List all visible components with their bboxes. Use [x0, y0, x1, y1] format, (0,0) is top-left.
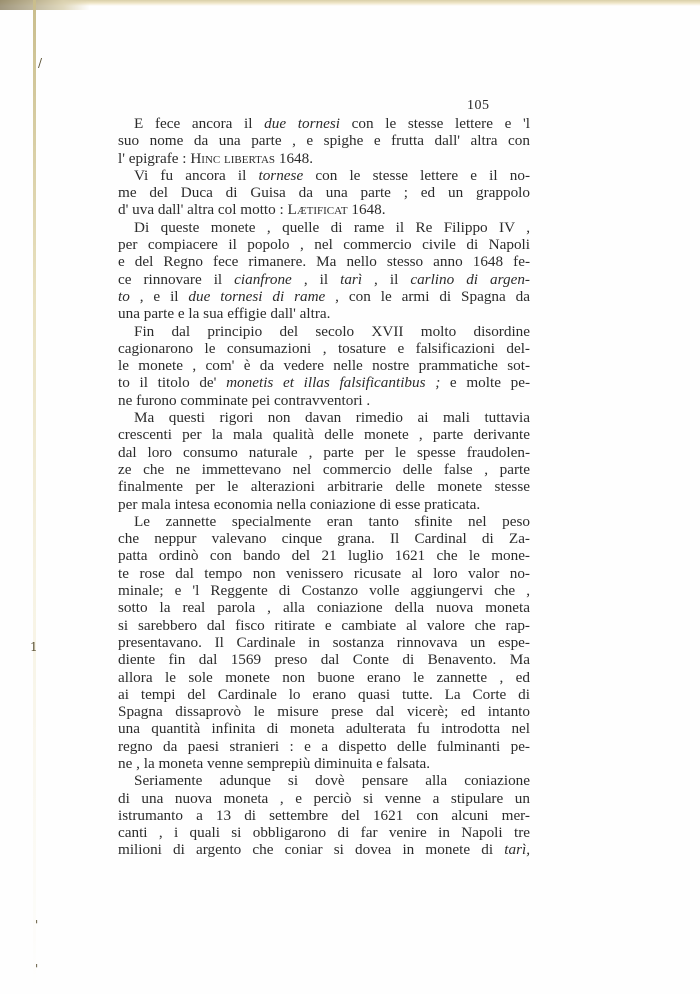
text-line: si sarebbero dal fisco ritirate e cambia…	[118, 617, 530, 634]
text-run: Di queste monete , quelle di rame il Re …	[134, 219, 530, 236]
text-run: , e il	[130, 288, 189, 305]
text-line: finalmente per le alterazioni arbitrarie…	[118, 478, 530, 495]
text-line: sotto la real parola , alla coniazione d…	[118, 599, 530, 616]
text-line: to il titolo de' monetis et illas falsif…	[118, 374, 530, 391]
text-line: presentavano. Il Cardinale in sostanza r…	[118, 634, 530, 651]
text-line: Di queste monete , quelle di rame il Re …	[118, 219, 530, 236]
small-caps-inscription: Lætificat	[288, 201, 348, 218]
text-line: una quantità infinita di moneta adultera…	[118, 720, 530, 737]
text-run: Vi fu ancora il	[134, 167, 258, 184]
text-run: me del Duca di Guisa da una parte ; ed u…	[118, 184, 530, 201]
text-run: Ma questi rigori non davan rimedio ai ma…	[134, 409, 530, 426]
text-line: dal loro consumo naturale , parte per le…	[118, 444, 530, 461]
text-run: Le zannette specialmente eran tanto sfin…	[134, 513, 530, 530]
text-run: patta ordinò con bando del 21 luglio 162…	[118, 547, 530, 564]
italic-term: due tornesi di rame	[188, 288, 325, 305]
text-line: Ma questi rigori non davan rimedio ai ma…	[118, 409, 530, 426]
text-run: crescenti per la mala qualità delle mone…	[118, 426, 530, 443]
text-line: regno da paesi stranieri : e a dispetto …	[118, 738, 530, 755]
text-line: ze che ne immettevano nel commercio dell…	[118, 461, 530, 478]
text-run: le monete , com' è da vedere nelle nostr…	[118, 357, 530, 374]
text-run: canti , i quali si obbligarono di far ve…	[118, 824, 530, 841]
text-line: to , e il due tornesi di rame , con le a…	[118, 288, 530, 305]
text-line: che neppur valevano cinque grana. Il Car…	[118, 530, 530, 547]
text-run: diente fin dal 1569 preso dal Conte di B…	[118, 651, 530, 668]
page-corner-shadow	[0, 0, 90, 10]
text-run: allora le sole monete non buone erano le…	[118, 669, 530, 686]
text-line: Le zannette specialmente eran tanto sfin…	[118, 513, 530, 530]
text-run: E fece ancora il	[134, 115, 264, 132]
text-run: minale; e 'l Reggente di Costanzo volle …	[118, 582, 530, 599]
text-run: Spagna dissaprovò le misure prese dal vi…	[118, 703, 530, 720]
text-run: ne , la moneta venne semprepiù diminuita…	[118, 755, 430, 772]
text-line: e del Regno fece rimanere. Ma nello stes…	[118, 253, 530, 270]
text-line: Spagna dissaprovò le misure prese dal vi…	[118, 703, 530, 720]
text-run: ai tempi del Cardinale lo erano quasi tu…	[118, 686, 530, 703]
text-line: ce rinnovare il cianfrone , il tarì , il…	[118, 271, 530, 288]
text-run: finalmente per le alterazioni arbitrarie…	[118, 478, 530, 495]
text-run: , il	[292, 271, 340, 288]
text-run: con le stesse lettere e il no-	[303, 167, 530, 184]
text-line: d' uva dall' altra col motto : Lætificat…	[118, 201, 530, 218]
text-line: crescenti per la mala qualità delle mone…	[118, 426, 530, 443]
text-line: canti , i quali si obbligarono di far ve…	[118, 824, 530, 841]
text-line: le monete , com' è da vedere nelle nostr…	[118, 357, 530, 374]
text-run: e del Regno fece rimanere. Ma nello stes…	[118, 253, 530, 270]
text-run: presentavano. Il Cardinale in sostanza r…	[118, 634, 530, 651]
italic-term: to	[118, 288, 130, 305]
text-run: 1648.	[348, 201, 386, 218]
text-run: Fin dal principio del secolo XVII molto …	[134, 323, 530, 340]
text-line: una parte e la sua effigie dall' altra.	[118, 305, 530, 322]
text-run: si sarebbero dal fisco ritirate e cambia…	[118, 617, 530, 634]
binding-gutter	[33, 0, 36, 994]
text-run: con le stesse lettere e 'l	[340, 115, 530, 132]
text-line: l' epigrafe : Hinc libertas 1648.	[118, 150, 530, 167]
text-line: ai tempi del Cardinale lo erano quasi tu…	[118, 686, 530, 703]
text-run: sotto la real parola , alla coniazione d…	[118, 599, 530, 616]
text-run: una quantità infinita di moneta adultera…	[118, 720, 530, 737]
italic-term: tarì	[340, 271, 362, 288]
italic-term: tornese	[258, 167, 303, 184]
text-run: cagionarono le consumazioni , tosature e…	[118, 340, 530, 357]
italic-term: carlino di argen-	[410, 271, 530, 288]
text-line: diente fin dal 1569 preso dal Conte di B…	[118, 651, 530, 668]
text-line: E fece ancora il due tornesi con le stes…	[118, 115, 530, 132]
text-run: , il	[362, 271, 410, 288]
italic-term: monetis et illas falsificantibus ;	[226, 374, 440, 391]
body-text: E fece ancora il due tornesi con le stes…	[118, 115, 530, 859]
gutter-mark: '	[35, 918, 38, 932]
text-run: per mala intesa economia nella coniazion…	[118, 496, 480, 513]
gutter-mark: '	[35, 962, 38, 976]
text-run: 1648.	[275, 150, 313, 167]
text-run: e molte pe-	[440, 374, 530, 391]
text-run: te rose dal tempo non venissero ricusate…	[118, 565, 530, 582]
text-line: di una nuova moneta , e perciò si venne …	[118, 790, 530, 807]
page-number: 105	[467, 98, 490, 114]
text-line: suo nome da una parte , e spighe e frutt…	[118, 132, 530, 149]
text-run: ce rinnovare il	[118, 271, 234, 288]
text-run: istrumanto a 13 di settembre del 1621 co…	[118, 807, 530, 824]
text-run: di una nuova moneta , e perciò si venne …	[118, 790, 530, 807]
text-run: , con le armi di Spagna da	[325, 288, 530, 305]
text-line: me del Duca di Guisa da una parte ; ed u…	[118, 184, 530, 201]
text-line: Vi fu ancora il tornese con le stesse le…	[118, 167, 530, 184]
text-run: l' epigrafe :	[118, 150, 190, 167]
text-line: per mala intesa economia nella coniazion…	[118, 496, 530, 513]
text-line: milioni di argento che coniar si dovea i…	[118, 841, 530, 858]
italic-term: tarì,	[504, 841, 530, 858]
text-line: allora le sole monete non buone erano le…	[118, 669, 530, 686]
text-line: ne , la moneta venne semprepiù diminuita…	[118, 755, 530, 772]
text-line: istrumanto a 13 di settembre del 1621 co…	[118, 807, 530, 824]
text-run: milioni di argento che coniar si dovea i…	[118, 841, 504, 858]
text-run: che neppur valevano cinque grana. Il Car…	[118, 530, 530, 547]
text-line: Seriamente adunque si dovè pensare alla …	[118, 772, 530, 789]
text-run: to il titolo de'	[118, 374, 226, 391]
text-run: d' uva dall' altra col motto :	[118, 201, 288, 218]
text-line: per compiacere il popolo , nel commercio…	[118, 236, 530, 253]
gutter-mark: 1	[30, 640, 38, 654]
text-run: ze che ne immettevano nel commercio dell…	[118, 461, 530, 478]
text-run: ne furono comminate pei contravventori .	[118, 392, 370, 409]
small-caps-inscription: Hinc libertas	[190, 150, 275, 167]
gutter-mark: /	[38, 56, 42, 70]
text-line: Fin dal principio del secolo XVII molto …	[118, 323, 530, 340]
text-run: una parte e la sua effigie dall' altra.	[118, 305, 330, 322]
text-run: regno da paesi stranieri : e a dispetto …	[118, 738, 530, 755]
text-line: minale; e 'l Reggente di Costanzo volle …	[118, 582, 530, 599]
text-line: te rose dal tempo non venissero ricusate…	[118, 565, 530, 582]
page-top-edge-shadow	[0, 0, 700, 6]
text-line: cagionarono le consumazioni , tosature e…	[118, 340, 530, 357]
italic-term: due tornesi	[264, 115, 340, 132]
text-line: patta ordinò con bando del 21 luglio 162…	[118, 547, 530, 564]
text-run: Seriamente adunque si dovè pensare alla …	[134, 772, 530, 789]
text-run: per compiacere il popolo , nel commercio…	[118, 236, 530, 253]
italic-term: cianfrone	[234, 271, 292, 288]
text-run: dal loro consumo naturale , parte per le…	[118, 444, 530, 461]
text-run: suo nome da una parte , e spighe e frutt…	[118, 132, 530, 149]
text-line: ne furono comminate pei contravventori .	[118, 392, 530, 409]
